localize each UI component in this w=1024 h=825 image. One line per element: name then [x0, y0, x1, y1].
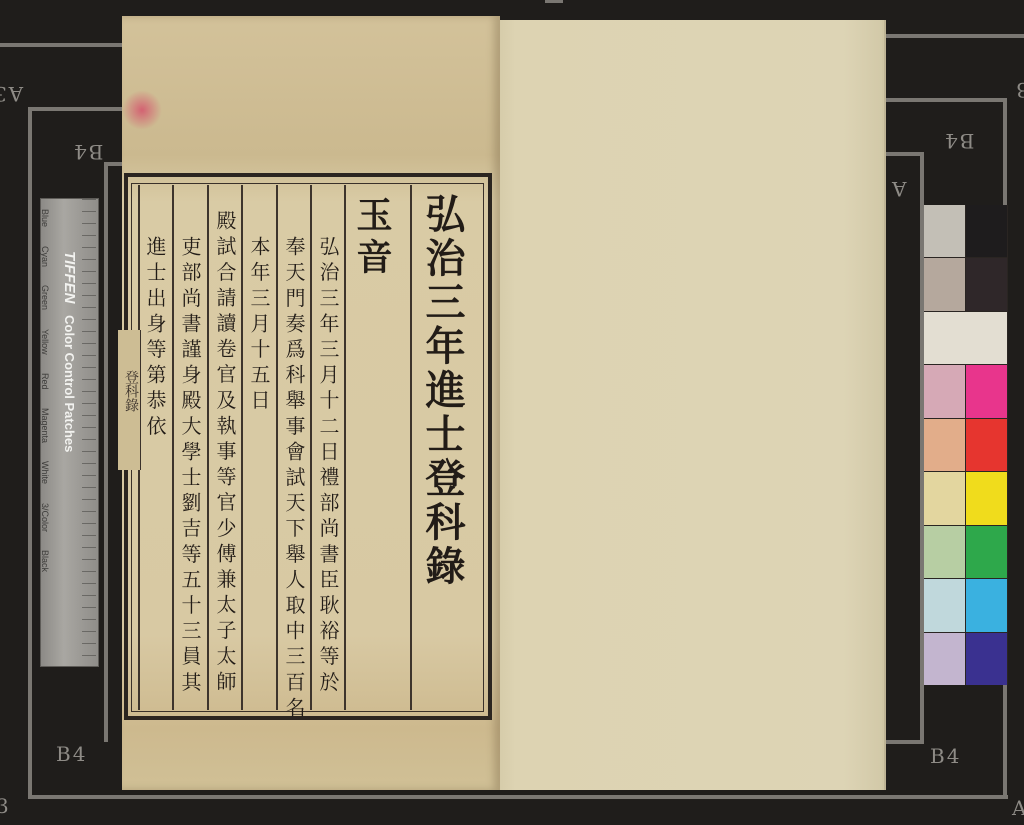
- target-frame-line: [545, 0, 563, 3]
- column-rule: [276, 185, 278, 710]
- column-rule: [344, 185, 346, 710]
- tiffen-color-control-strip: Blue Cyan Green Yellow Red Magenta White…: [40, 198, 99, 667]
- color-patch-light-salmon: [924, 419, 965, 471]
- right-blank-page: [500, 20, 882, 790]
- strip-label: 3/Color: [40, 503, 50, 532]
- color-patch-blue-violet: [966, 633, 1007, 685]
- column-rule: [241, 185, 243, 710]
- target-label-digit: 3: [0, 794, 11, 818]
- tiffen-color-labels: Blue Cyan Green Yellow Red Magenta White…: [40, 209, 50, 588]
- color-calibration-patches: [924, 205, 1008, 685]
- strip-label: White: [40, 461, 50, 484]
- text-column-1: 弘治三年三月十二日禮部尚書臣耿裕等於: [318, 236, 338, 697]
- column-rule: [410, 185, 412, 710]
- strip-label: Magenta: [40, 408, 50, 443]
- target-label-a3: A3: [0, 82, 23, 106]
- strip-label: Black: [40, 550, 50, 572]
- emperor-heading: 玉音: [353, 196, 389, 280]
- target-frame-line: [28, 107, 124, 111]
- color-patch-pale-lavender: [924, 633, 965, 685]
- target-label-a: A: [1012, 796, 1024, 820]
- tiffen-brand: TIFFEN: [61, 251, 78, 304]
- color-patch-yellow: [966, 472, 1007, 524]
- text-column-6: 進士出身等第恭依: [145, 236, 165, 441]
- target-frame-line: [882, 740, 924, 744]
- color-patch-dark-purple-black: [966, 258, 1007, 310]
- page-stain: [122, 90, 162, 130]
- color-patch-pale-yellow: [924, 472, 965, 524]
- strip-label: Red: [40, 373, 50, 390]
- target-frame-line: [28, 795, 1008, 799]
- strip-label: Green: [40, 285, 50, 310]
- color-patch-pale-cyan: [924, 579, 965, 631]
- target-frame-line: [28, 107, 32, 799]
- color-patch-white: [924, 312, 1007, 364]
- strip-label: Blue: [40, 209, 50, 227]
- tiffen-product-title: Color Control Patches: [62, 315, 77, 452]
- text-column-3: 本年三月十五日: [249, 236, 269, 415]
- tiffen-title: TIFFEN Color Control Patches: [61, 251, 78, 452]
- color-patch-black-top: [966, 205, 1007, 257]
- ruler-scale: [82, 199, 96, 666]
- target-frame-line: [885, 98, 1005, 102]
- text-column-5: 吏部尚書謹身殿大學士劉吉等五十三員其: [180, 236, 200, 697]
- strip-label: Cyan: [40, 246, 50, 267]
- color-patch-light-pink: [924, 365, 965, 417]
- color-patch-green: [966, 526, 1007, 578]
- column-rule: [172, 185, 174, 710]
- target-frame-line: [0, 43, 125, 47]
- text-column-2: 奉天門奏爲科舉事會試天下舉人取中三百名: [284, 236, 304, 722]
- color-patch-warm-gray: [924, 258, 965, 310]
- target-frame-line: [104, 162, 108, 742]
- target-label-b4: B4: [72, 140, 103, 164]
- target-label-b4: B4: [930, 744, 961, 768]
- target-frame-line: [885, 152, 923, 156]
- document-title: 弘治三年進士登科錄: [422, 193, 462, 589]
- target-frame-line: [885, 34, 1024, 38]
- color-patch-pale-green: [924, 526, 965, 578]
- target-label-a: A: [890, 177, 906, 201]
- strip-label: Yellow: [40, 329, 50, 355]
- color-patch-cyan: [966, 579, 1007, 631]
- color-patch-magenta: [966, 365, 1007, 417]
- adjacent-page-text: 登科錄: [121, 370, 141, 412]
- color-patch-light-gray: [924, 205, 965, 257]
- target-label-digit: 3: [1014, 78, 1024, 102]
- column-rule: [310, 185, 312, 710]
- text-column-4: 殿試合請讀卷官及執事等官少傅兼太子太師: [215, 210, 235, 696]
- target-label-b4: B4: [943, 129, 974, 153]
- color-patch-red: [966, 419, 1007, 471]
- column-rule: [207, 185, 209, 710]
- target-label-b4: B4: [56, 742, 87, 766]
